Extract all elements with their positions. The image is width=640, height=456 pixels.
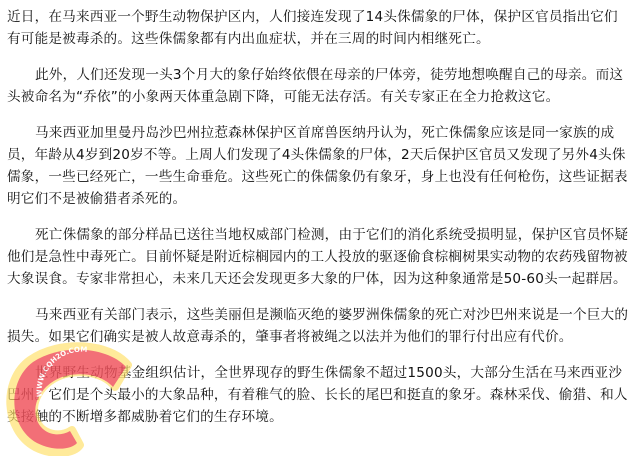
paragraph-calf: 此外，人们还发现一头3个月大的象仔始终依偎在母亲的尸体旁，徒劳地想唤醒自己的母亲… [7, 64, 631, 108]
paragraph-wwf-estimate: 世界野生动物基金组织估计，全世界现存的野生侏儒象不超过1500头，大部分生活在马… [7, 362, 631, 428]
article-body: 近日，在马来西亚一个野生动物保护区内，人们接连发现了14头侏儒象的尸体，保护区官… [7, 6, 631, 442]
paragraph-authorities: 马来西亚有关部门表示，这些美丽但是濒临灭绝的婆罗洲侏儒象的死亡对沙巴州来说是一个… [7, 304, 631, 348]
paragraph-poison-suspicion: 死亡侏儒象的部分样品已送往当地权威部门检测，由于它们的消化系统受损明显，保护区官… [7, 224, 631, 290]
paragraph-vet-opinion: 马来西亚加里曼丹岛沙巴州拉惹森林保护区首席兽医纳丹认为，死亡侏儒象应该是同一家族… [7, 122, 631, 210]
paragraph-intro: 近日，在马来西亚一个野生动物保护区内，人们接连发现了14头侏儒象的尸体，保护区官… [7, 6, 631, 50]
